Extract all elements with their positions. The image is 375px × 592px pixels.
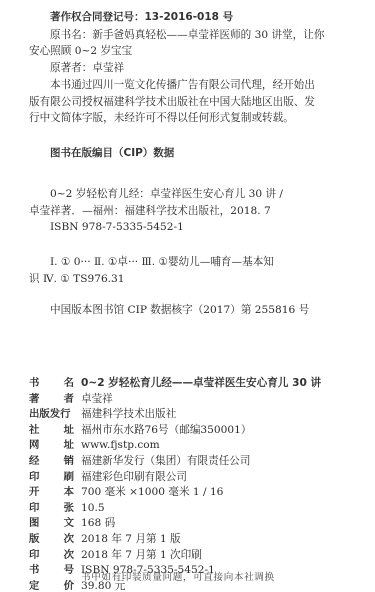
website-value: www.fjstp.com (81, 438, 160, 454)
license-text-cont: 版有限公司授权福建科学技术出版社在中国大陆地区出版、发 (29, 95, 315, 109)
quality-notice: 书中如有印装质量问题，可直接向本社调换 (81, 569, 275, 583)
colophon-label: 印张 (29, 501, 81, 517)
colophon-row: 书名 0~2 岁轻松育儿经——卓莹祥医生安心育儿 30 讲 (29, 376, 321, 392)
colophon-row: 开本 700 毫米 ×1000 毫米 1 / 16 (29, 485, 321, 501)
cip-classification: Ⅰ. ① 0··· Ⅱ. ①卓··· Ⅲ. ①婴幼儿—哺育—基本知 (50, 255, 274, 269)
colophon-row: 印次 2018 年 7 月第 1 次印刷 (29, 548, 321, 564)
cip-title: 图书在版编目（CIP）数据 (50, 146, 174, 160)
printer-value: 福建彩色印刷有限公司 (81, 470, 187, 486)
colophon-label: 开本 (29, 485, 81, 501)
colophon-label: 社址 (29, 423, 81, 439)
colophon-label: 著者 (29, 392, 81, 408)
original-author: 原著者：卓莹祥 (50, 61, 124, 75)
publisher-value: 福建科学技术出版社 (81, 407, 176, 423)
original-title: 原书名：新手爸妈真轻松——卓莹祥医师的 30 讲堂，让你 (50, 28, 324, 42)
license-text-cont: 行中文简体字版，未经许可不得以任何形式复制或转载。 (29, 111, 294, 125)
license-text: 本书通过四川一览文化传播广告有限公司代理，经开始出 (50, 78, 315, 92)
colophon-label: 网址 (29, 438, 81, 454)
colophon-label: 书名 (29, 376, 81, 392)
distributor-value: 福建新华发行（集团）有限责任公司 (81, 454, 251, 470)
sheets-value: 10.5 (81, 501, 105, 517)
colophon-row: 出版发行 福建科学技术出版社 (29, 407, 321, 423)
colophon-row: 著者 卓莹祥 (29, 392, 321, 408)
colophon-label: 定价 (29, 579, 81, 592)
colophon-row: 社址 福州市东水路76号（邮编350001） (29, 423, 321, 439)
original-title-cont: 安心照顾 0~2 岁宝宝 (29, 44, 132, 58)
colophon-label: 出版发行 (29, 407, 81, 423)
edition-value: 2018 年 7 月第 1 版 (81, 532, 181, 548)
colophon-row: 经销 福建新华发行（集团）有限责任公司 (29, 454, 321, 470)
colophon-row: 图文 168 码 (29, 516, 321, 532)
colophon-label: 书号 (29, 563, 81, 579)
colophon-row: 印刷 福建彩色印刷有限公司 (29, 470, 321, 486)
colophon-table: 书名 0~2 岁轻松育儿经——卓莹祥医生安心育儿 30 讲 著者 卓莹祥 出版发… (29, 376, 321, 592)
cip-publisher: 卓莹祥著．—福州：福建科学技术出版社，2018. 7 (29, 204, 271, 218)
colophon-row: 印张 10.5 (29, 501, 321, 517)
colophon-row: 网址 www.fjstp.com (29, 438, 321, 454)
address-value: 福州市东水路76号（邮编350001） (81, 423, 251, 439)
pages-value: 168 码 (81, 516, 115, 532)
colophon-label: 版次 (29, 532, 81, 548)
cip-classification-cont: 识 Ⅳ. ① TS976.31 (29, 272, 125, 286)
copyright-registration: 著作权合同登记号：13-2016-018 号 (50, 10, 233, 24)
colophon-label: 经销 (29, 454, 81, 470)
author-value: 卓莹祥 (81, 392, 113, 408)
book-title-value: 0~2 岁轻松育儿经——卓莹祥医生安心育儿 30 讲 (81, 376, 321, 392)
colophon-row: 版次 2018 年 7 月第 1 版 (29, 532, 321, 548)
format-value: 700 毫米 ×1000 毫米 1 / 16 (81, 485, 223, 501)
colophon-label: 图文 (29, 516, 81, 532)
cip-isbn: ISBN 978-7-5335-5452-1 (50, 220, 184, 234)
printing-value: 2018 年 7 月第 1 次印刷 (81, 548, 202, 564)
cip-book-title: 0~2 岁轻松育儿经：卓莹祥医生安心育儿 30 讲 / (50, 187, 283, 201)
colophon-label: 印刷 (29, 470, 81, 486)
cip-verification: 中国版本图书馆 CIP 数据核字（2017）第 255816 号 (50, 303, 309, 317)
colophon-label: 印次 (29, 548, 81, 564)
